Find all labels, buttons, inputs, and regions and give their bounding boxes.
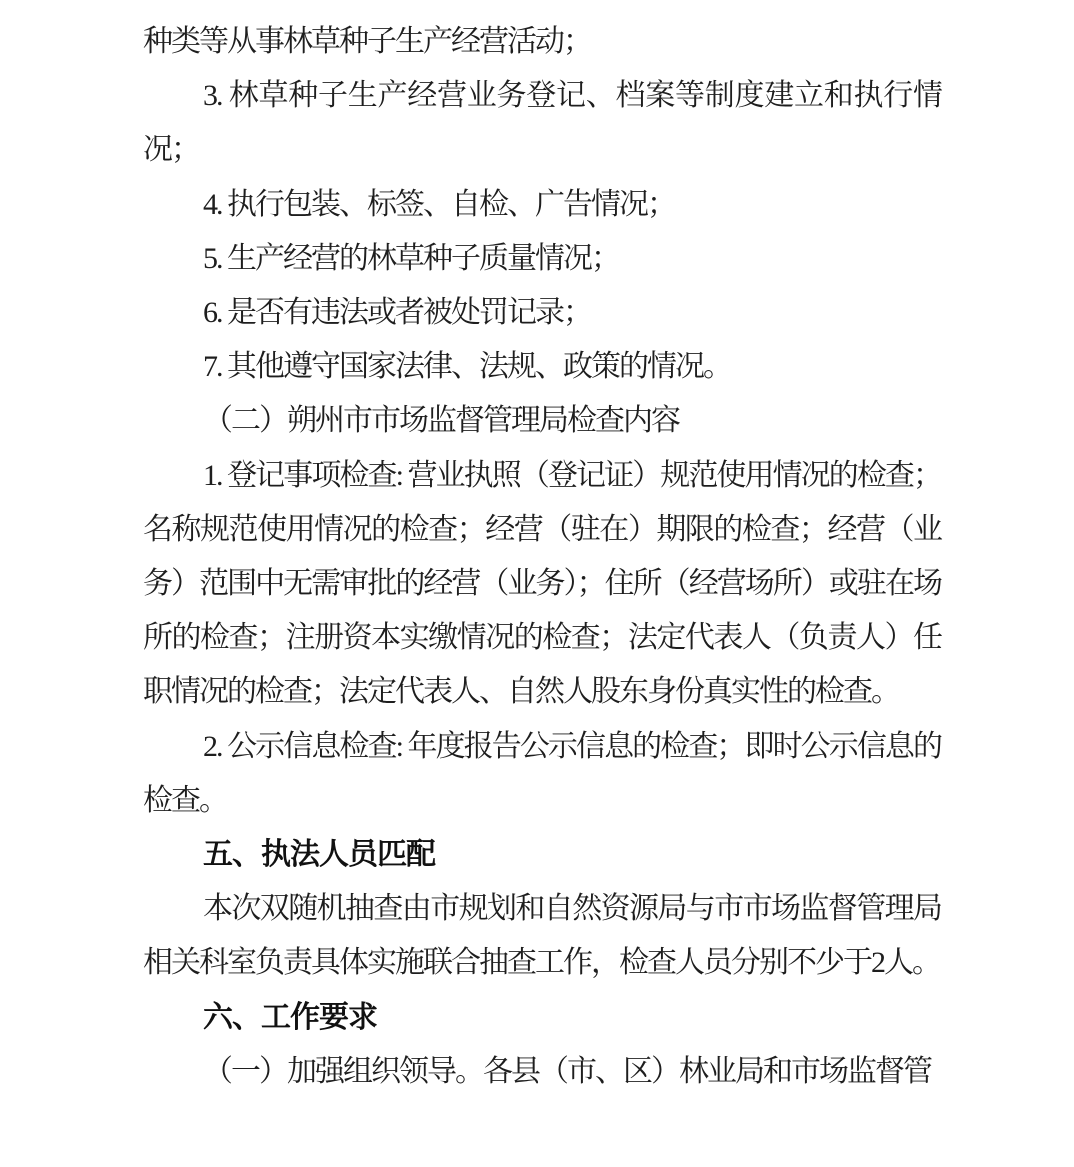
body-paragraph: 6. 是否有违法或者被处罚记录； — [143, 286, 941, 340]
body-paragraph: 7. 其他遵守国家法律、法规、政策的情况。 — [143, 340, 941, 394]
body-paragraph: （一）加强组织领导。各县（市、区）林业局和市场监督管 — [143, 1045, 941, 1099]
body-paragraph: 本次双随机抽查由市规划和自然资源局与市市场监督管理局相关科室负责具体实施联合抽查… — [143, 882, 941, 990]
subsection-title: （二）朔州市市场监督管理局检查内容 — [143, 394, 941, 448]
body-paragraph: 4. 执行包装、标签、自检、广告情况； — [143, 178, 941, 232]
body-paragraph: 3. 林草种子生产经营业务登记、档案等制度建立和执行情况； — [143, 69, 941, 177]
body-paragraph: 1. 登记事项检查: 营业执照（登记证）规范使用情况的检查；名称规范使用情况的检… — [143, 449, 941, 720]
document-page: 种类等从事林草种子生产经营活动； 3. 林草种子生产经营业务登记、档案等制度建立… — [143, 15, 941, 1099]
body-paragraph: 5. 生产经营的林草种子质量情况； — [143, 232, 941, 286]
body-paragraph: 2. 公示信息检查: 年度报告公示信息的检查；即时公示信息的检查。 — [143, 720, 941, 828]
section-heading: 五、执法人员匹配 — [143, 828, 941, 882]
body-paragraph: 种类等从事林草种子生产经营活动； — [143, 15, 941, 69]
section-heading: 六、工作要求 — [143, 991, 941, 1045]
